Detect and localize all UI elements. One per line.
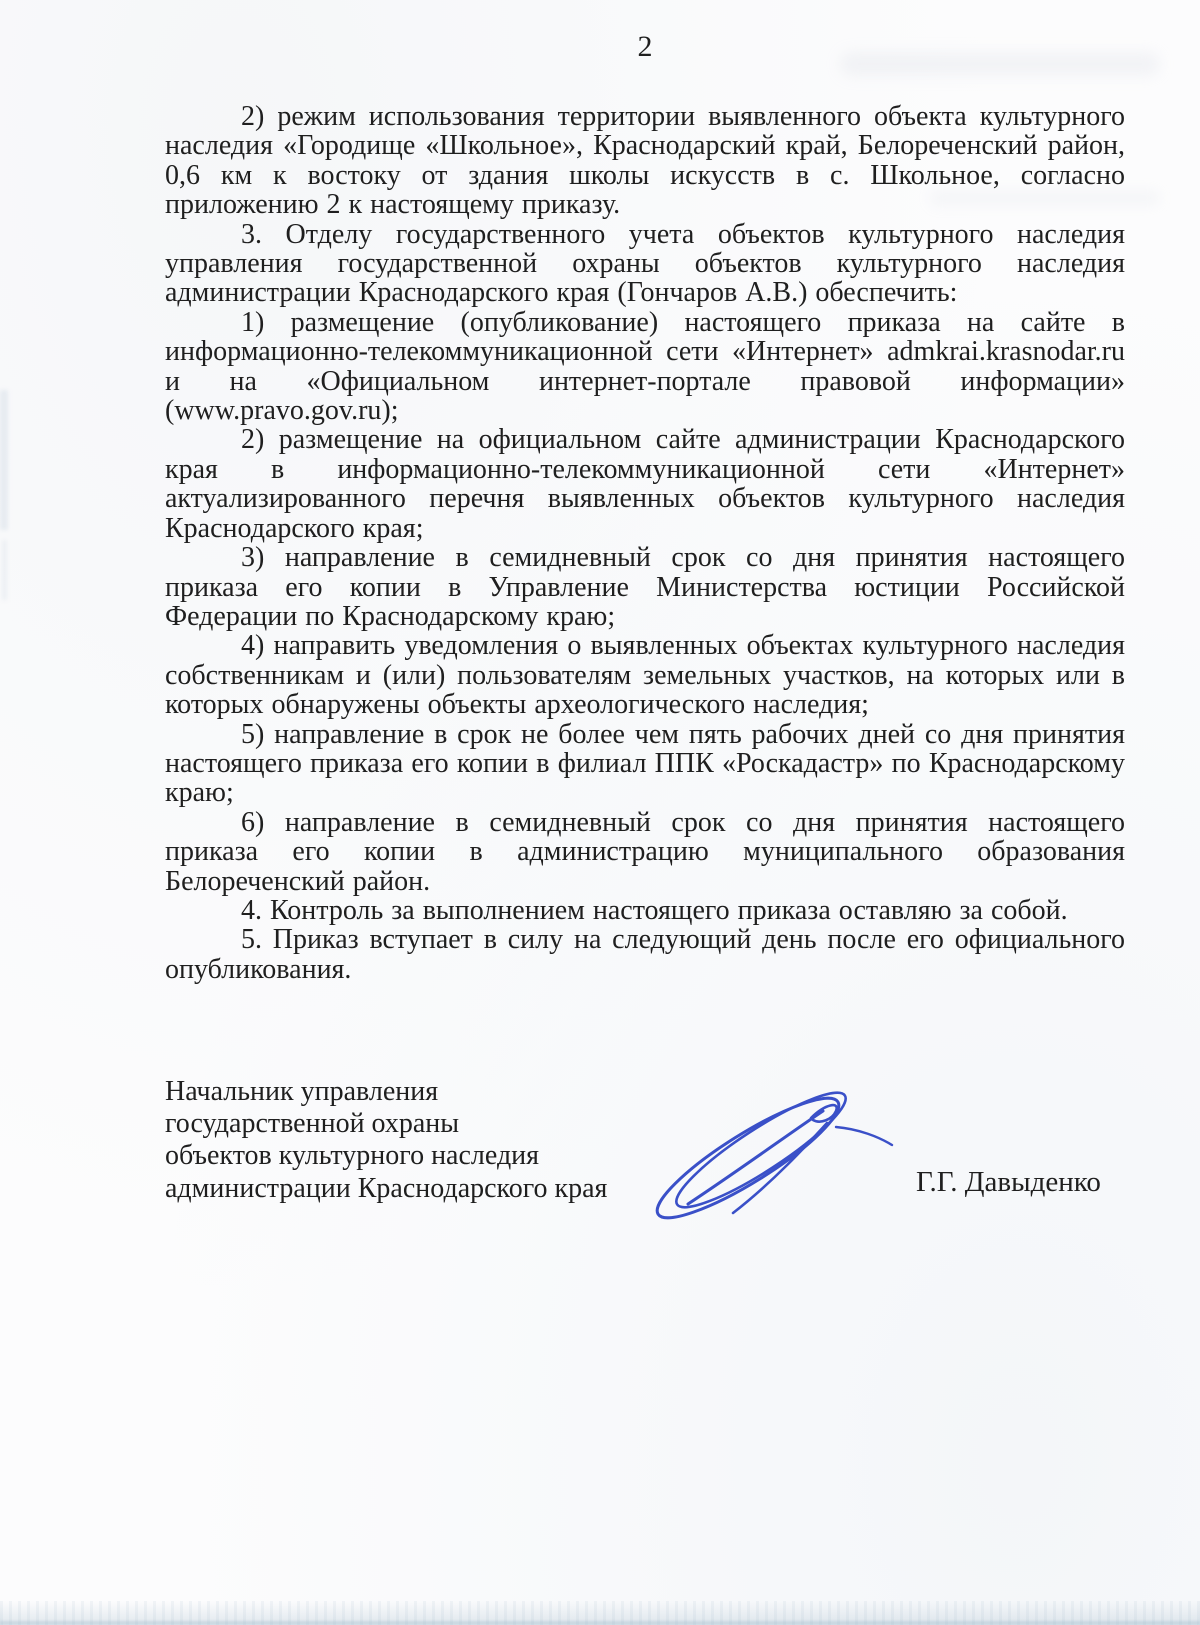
document-body: 2) режим использования территории выявле… bbox=[165, 102, 1125, 984]
scanned-document-page: { "page": { "number": "2", "paper_color"… bbox=[0, 0, 1200, 1625]
scan-edge-mark bbox=[2, 540, 7, 600]
scan-edge-mark bbox=[0, 390, 8, 530]
scan-bottom-band bbox=[0, 1601, 1200, 1625]
paragraph: 5. Приказ вступает в силу на следующий д… bbox=[165, 925, 1125, 984]
paragraph: 3) направление в семидневный срок со дня… bbox=[165, 543, 1125, 631]
paragraph: 1) размещение (опубликование) настоящего… bbox=[165, 308, 1125, 426]
paragraph: 6) направление в семидневный срок со дня… bbox=[165, 808, 1125, 896]
page-background: 2 2) режим использования территории выяв… bbox=[0, 0, 1200, 1625]
signer-name: Г.Г. Давыденко bbox=[916, 1166, 1101, 1198]
scan-bottom-line bbox=[0, 1621, 1200, 1625]
paragraph: 2) размещение на официальном сайте админ… bbox=[165, 425, 1125, 543]
paragraph: 4. Контроль за выполнением настоящего пр… bbox=[165, 896, 1125, 925]
paragraph: 4) направить уведомления о выявленных об… bbox=[165, 631, 1125, 719]
handwritten-signature-icon bbox=[643, 1086, 899, 1224]
paragraph: 5) направление в срок не более чем пять … bbox=[165, 720, 1125, 808]
scan-smudge bbox=[930, 190, 1160, 206]
scan-smudge bbox=[840, 52, 1160, 76]
paragraph: 3. Отделу государственного учета объекто… bbox=[165, 220, 1125, 308]
